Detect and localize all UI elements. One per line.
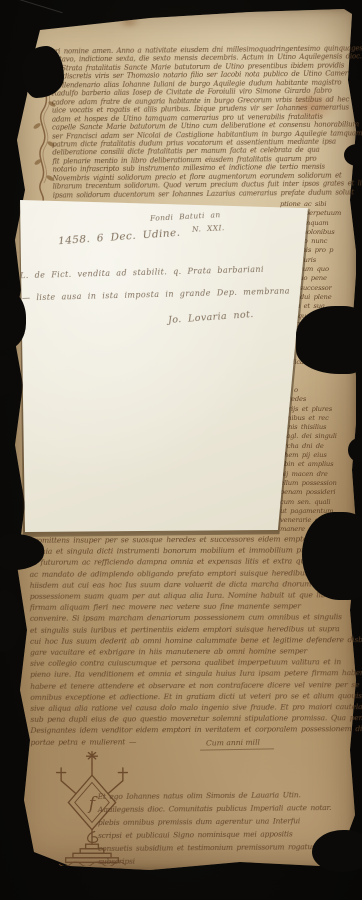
burn-hole: [0, 356, 18, 396]
manuscript-line: hanis thisilius: [280, 423, 358, 432]
photo-black-background: vri nomine amen. Anno a nativitate eiusd…: [0, 0, 362, 900]
manuscript-line: Designantes idem venditor eidem emptori …: [30, 724, 352, 737]
manuscript-line: ellum possession: [280, 479, 358, 488]
stray-thread: [0, 0, 63, 13]
archival-date-line: 1458. 6 Dec. Udine.: [58, 227, 181, 248]
manuscript-line: pij macen dre: [280, 470, 358, 479]
burn-hole: [296, 306, 362, 374]
manuscript-line: consuetis subsidium et testimonium premi…: [98, 840, 338, 855]
manuscript-line: dbin et amplius: [280, 460, 358, 469]
manuscript-line: subscripsi: [98, 853, 338, 868]
manuscript-line: sonibus et rec: [280, 414, 358, 423]
signum-initial: f: [87, 795, 98, 815]
manuscript-line: portae petra e mulierent —: [30, 735, 352, 748]
archival-reference-line1: Fondi Batuti an: [150, 210, 221, 223]
manuscript-line: cum sen. quali: [280, 498, 358, 507]
ink-stain: [118, 16, 140, 28]
manuscript-line: harijs et plures: [280, 405, 358, 414]
burn-hole: [0, 590, 22, 652]
manuscript-text-block-top: vri nomine amen. Anno a nativitate eiusd…: [51, 44, 351, 200]
manuscript-line: magl. dei singuli: [280, 432, 358, 441]
archival-reference-line2: N. XXI.: [192, 223, 225, 234]
archival-description-line2: — liste ausa in ista imposta in grande D…: [22, 286, 290, 302]
notarial-attestation-block: Et ego Iohannes natus olim Simonis de La…: [98, 788, 339, 870]
manuscript-line: penam possideri: [280, 488, 358, 497]
manuscript-line: possessionem suam quam per aut aliqua al…: [30, 589, 352, 602]
burn-hole: [22, 46, 64, 98]
archival-description-line1: L. de Fict. vendita ad stabilit. q. Prat…: [20, 265, 264, 280]
burn-hole: [312, 830, 362, 872]
archival-paper-note: Fondi Batuti an N. XXI. 1458. 6 Dec. Udi…: [18, 198, 310, 534]
archival-notary-signature: Jo. Lovaria not.: [168, 309, 254, 326]
manuscript-line: Aquilegensis dioc. Comunitatis publicus …: [98, 801, 338, 816]
manuscript-line: archa dni de: [280, 442, 358, 451]
manuscript-line: ghem pij eius: [280, 451, 358, 460]
closing-phrase: Cum anni mill: [200, 737, 274, 750]
